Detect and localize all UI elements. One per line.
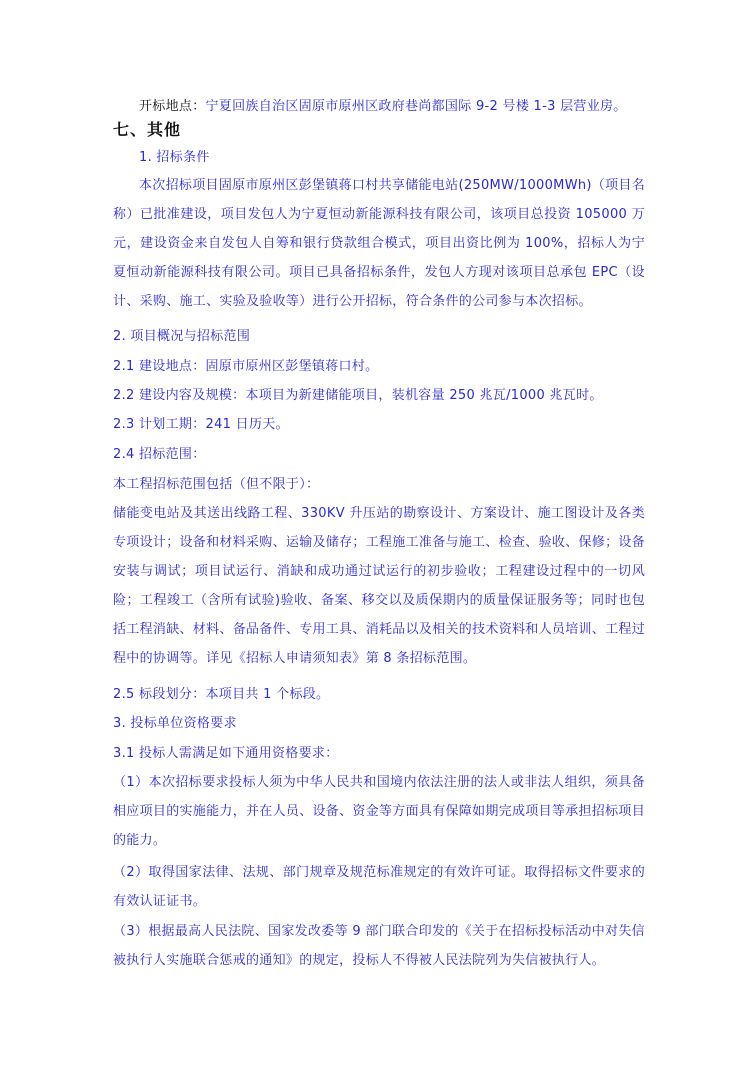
s2-4-intro: 本工程招标范围包括（但不限于）： <box>113 477 319 493</box>
opening-location-value: 宁夏回族自治区固原市原州区政府巷尚都国际 9-2 号楼 1-3 层营业房。 <box>206 99 627 114</box>
s1-title: 1. 招标条件 <box>139 150 210 166</box>
opening-location-label: 开标地点： <box>139 99 206 114</box>
s3-1-item-1: （1）本次招标要求投标人须为中华人民共和国境内依法注册的法人或非法人组织，须具备… <box>113 768 645 855</box>
opening-location: 开标地点：宁夏回族自治区固原市原州区政府巷尚都国际 9-2 号楼 1-3 层营业… <box>139 99 627 115</box>
s2-2: 2.2 建设内容及规模：本项目为新建储能项目，装机容量 250 兆瓦/1000 … <box>113 388 603 404</box>
s3-1-item-2: （2）取得国家法律、法规、部门规章及规范标准规定的有效许可证。取得招标文件要求的… <box>113 858 645 916</box>
s3-title: 3. 投标单位资格要求 <box>113 716 237 732</box>
s1-body: 本次招标项目固原市原州区彭堡镇蒋口村共享储能电站(250MW/1000MWh)（… <box>113 171 645 316</box>
s2-4-body: 储能变电站及其送出线路工程、330KV 升压站的勘察设计、方案设计、施工图设计及… <box>113 499 645 673</box>
s2-4: 2.4 招标范围： <box>113 447 206 463</box>
s3-1: 3.1 投标人需满足如下通用资格要求： <box>113 746 339 762</box>
s3-1-item-3: （3）根据最高人民法院、国家发改委等 9 部门联合印发的《关于在招标投标活动中对… <box>113 917 645 975</box>
section-heading: 七、其他 <box>113 122 181 138</box>
s2-title: 2. 项目概况与招标范围 <box>113 329 250 345</box>
s2-1: 2.1 建设地点：固原市原州区彭堡镇蒋口村。 <box>113 359 378 375</box>
s2-3: 2.3 计划工期：241 日历天。 <box>113 417 289 433</box>
s2-5: 2.5 标段划分：本项目共 1 个标段。 <box>113 687 329 703</box>
